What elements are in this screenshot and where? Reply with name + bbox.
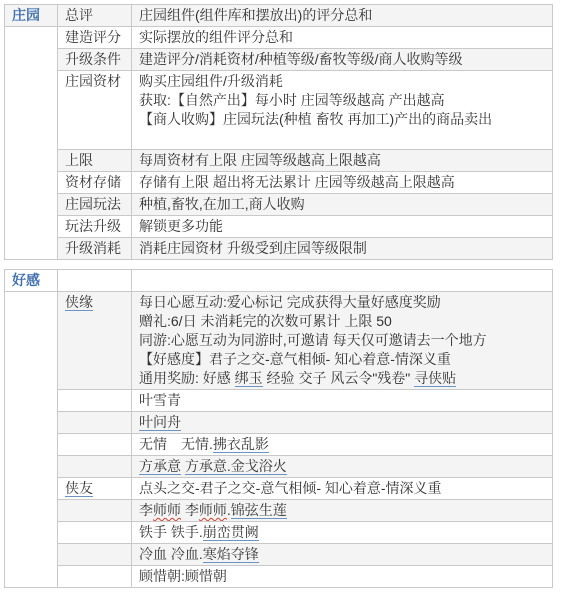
row-content: 叶雪青 [132, 390, 553, 412]
content-line: 顾惜朝:顾惜朝 [139, 567, 545, 586]
content-line: 解锁更多功能 [139, 217, 545, 236]
row-content: 方承意 方承意.金戈浴火 [132, 456, 553, 478]
table-row: 侠缘每日心愿互动:爱心标记 完成获得大量好感度奖励赠礼:6/日 未消耗完的次数可… [5, 292, 553, 390]
row-label: 建造评分 [58, 27, 132, 49]
text: 师师 [153, 502, 181, 518]
table-row: 升级条件建造评分/消耗资材/种植等级/畜牧等级/商人收购等级 [5, 49, 553, 71]
content-line: 叶雪青 [139, 391, 545, 410]
text: 经验 交子 风云令"残卷" [263, 370, 415, 386]
row-label: 庄园玩法 [58, 194, 132, 216]
text: 存储有上限 超出将无法累计 庄园等级越高上限越高 [139, 174, 455, 190]
content-line: 同游:心愿互动为同游时,可邀请 每天仅可邀请去一个地方 [139, 331, 545, 350]
content-line: 庄园组件(组件库和摆放出)的评分总和 [139, 6, 545, 25]
content-line: 种植,畜牧,在加工,商人收购 [139, 195, 545, 214]
row-label [58, 456, 132, 478]
text: 升级条件 [65, 51, 121, 67]
row-content: 李师师 李师师.锦弦生莲 [132, 500, 553, 522]
content-line: 每日心愿互动:爱心标记 完成获得大量好感度奖励 [139, 293, 545, 312]
row-label [58, 270, 132, 292]
page: 庄园总评庄园组件(组件库和摆放出)的评分总和 建造评分实际摆放的组件评分总和升级… [0, 0, 565, 592]
content-line: 实际摆放的组件评分总和 [139, 28, 545, 47]
text: 赠礼:6/日 未消耗完的次数可累计 上限 50 [139, 313, 392, 329]
table-row: 叶雪青 [5, 390, 553, 412]
row-label [58, 566, 132, 588]
content-line: 获取:【自然产出】每小时 庄园等级越高 产出越高 [139, 91, 545, 110]
row-content: 叶问舟 [132, 412, 553, 434]
row-content: 点头之交-君子之交-意气相倾- 知心着意-情深义重 [132, 478, 553, 500]
content-line: 通用奖励: 好感 绑玉 经验 交子 风云令"残卷" 寻侠贴 [139, 369, 545, 388]
text: 实际摆放的组件评分总和 [139, 29, 293, 45]
manor-table-body: 庄园总评庄园组件(组件库和摆放出)的评分总和 建造评分实际摆放的组件评分总和升级… [5, 5, 553, 260]
row-label: 总评 [58, 5, 132, 27]
link[interactable]: 绑玉 [235, 370, 263, 387]
table-row: 顾惜朝:顾惜朝 [5, 566, 553, 588]
text: 玩法升级 [65, 218, 121, 234]
content-line: 点头之交-君子之交-意气相倾- 知心着意-情深义重 [139, 479, 545, 498]
text: 消耗庄园资材 升级受到庄园等级限制 [139, 240, 367, 256]
row-content: 庄园组件(组件库和摆放出)的评分总和 [132, 5, 553, 27]
favor-section-header: 好感 [5, 270, 58, 292]
row-content: 存储有上限 超出将无法累计 庄园等级越高上限越高 [132, 172, 553, 194]
row-content: 无情 无情.拂衣乱影 [132, 434, 553, 456]
table-row: 庄园玩法种植,畜牧,在加工,商人收购 [5, 194, 553, 216]
row-label [58, 522, 132, 544]
text: 叶雪青 [139, 392, 181, 408]
content-line: 消耗庄园资材 升级受到庄园等级限制 [139, 239, 545, 258]
row-content: 购买庄园组件/升级消耗获取:【自然产出】每小时 庄园等级越高 产出越高【商人收购… [132, 71, 553, 150]
text: 李 [181, 502, 199, 518]
text: 总评 [65, 7, 93, 23]
link[interactable]: 侠友 [65, 480, 93, 497]
link[interactable]: 方承意.金戈浴火 [185, 458, 287, 475]
link[interactable]: 夺锋 [231, 546, 259, 563]
manor-section-header: 庄园 [5, 5, 58, 27]
content-line: 无情 无情.拂衣乱影 [139, 435, 545, 454]
table-row: 庄园资材购买庄园组件/升级消耗获取:【自然产出】每小时 庄园等级越高 产出越高【… [5, 71, 553, 150]
row-content: 冷血 冷血.寒焰夺锋 [132, 544, 553, 566]
table-row: 无情 无情.拂衣乱影 [5, 434, 553, 456]
text: 每周资材有上限 庄园等级越高上限越高 [139, 152, 381, 168]
favor-header-span-cell [5, 292, 58, 588]
content-line: 赠礼:6/日 未消耗完的次数可累计 上限 50 [139, 312, 545, 331]
content-line: 存储有上限 超出将无法累计 庄园等级越高上限越高 [139, 173, 545, 192]
table-row: 侠友点头之交-君子之交-意气相倾- 知心着意-情深义重 [5, 478, 553, 500]
link[interactable]: 叶问舟 [139, 414, 181, 431]
link[interactable]: 拂 [213, 436, 227, 453]
content-line: 建造评分/消耗资材/种植等级/畜牧等级/商人收购等级 [139, 50, 545, 69]
favor-table: 好感 侠缘每日心愿互动:爱心标记 完成获得大量好感度奖励赠礼:6/日 未消耗完的… [4, 269, 553, 588]
content-line: 方承意 方承意.金戈浴火 [139, 457, 545, 476]
row-label [58, 544, 132, 566]
favor-table-body: 好感 侠缘每日心愿互动:爱心标记 完成获得大量好感度奖励赠礼:6/日 未消耗完的… [5, 270, 553, 588]
text: 庄园玩法 [65, 196, 121, 212]
text: 建造评分/消耗资材/种植等级/畜牧等级/商人收购等级 [139, 51, 463, 67]
text: 庄园资材 [65, 73, 121, 89]
content-line: 叶问舟 [139, 413, 545, 432]
link[interactable]: 贯阙 [231, 524, 259, 541]
text: 资材存储 [65, 174, 121, 190]
row-label: 侠友 [58, 478, 132, 500]
row-label: 玩法升级 [58, 216, 132, 238]
row-label [58, 500, 132, 522]
table-row: 玩法升级解锁更多功能 [5, 216, 553, 238]
text: 【商人收购】庄园玩法(种植 畜牧 再加工)产出的商品卖出 [139, 111, 492, 127]
text: 顾惜朝:顾惜朝 [139, 568, 227, 584]
text: 冷血 冷血. [139, 546, 203, 562]
content-line: 冷血 冷血.寒焰夺锋 [139, 545, 545, 564]
text: 升级消耗 [65, 240, 121, 256]
content-line: 李师师 李师师.锦弦生莲 [139, 501, 545, 520]
content-line: 铁手 铁手.崩峦贯阙 [139, 523, 545, 542]
row-content: 每日心愿互动:爱心标记 完成获得大量好感度奖励赠礼:6/日 未消耗完的次数可累计… [132, 292, 553, 390]
content-line: 【商人收购】庄园玩法(种植 畜牧 再加工)产出的商品卖出 [139, 110, 545, 129]
row-label: 资材存储 [58, 172, 132, 194]
row-label [58, 412, 132, 434]
link[interactable]: 寒 [203, 546, 217, 563]
link[interactable]: 寻侠贴 [414, 370, 456, 387]
table-row: 升级消耗消耗庄园资材 升级受到庄园等级限制 [5, 238, 553, 260]
table-row: 资材存储存储有上限 超出将无法累计 庄园等级越高上限越高 [5, 172, 553, 194]
row-content [132, 270, 553, 292]
row-label: 庄园资材 [58, 71, 132, 150]
content-line [139, 129, 545, 148]
table-row: 好感 [5, 270, 553, 292]
row-content: 每周资材有上限 庄园等级越高上限越高 [132, 150, 553, 172]
text: 上限 [65, 152, 93, 168]
table-row: 方承意 方承意.金戈浴火 [5, 456, 553, 478]
row-label: 侠缘 [58, 292, 132, 390]
row-content: 解锁更多功能 [132, 216, 553, 238]
text: 李 [139, 502, 153, 518]
link[interactable]: 焰 [217, 546, 231, 563]
text: 种植,畜牧,在加工,商人收购 [139, 196, 305, 212]
link[interactable]: 锦弦生莲 [231, 502, 287, 519]
row-content: 建造评分/消耗资材/种植等级/畜牧等级/商人收购等级 [132, 49, 553, 71]
row-content: 实际摆放的组件评分总和 [132, 27, 553, 49]
content-line: 每周资材有上限 庄园等级越高上限越高 [139, 151, 545, 170]
row-content: 铁手 铁手.崩峦贯阙 [132, 522, 553, 544]
table-row: 铁手 铁手.崩峦贯阙 [5, 522, 553, 544]
table-row: 李师师 李师师.锦弦生莲 [5, 500, 553, 522]
table-row: 叶问舟 [5, 412, 553, 434]
text: 每日心愿互动:爱心标记 完成获得大量好感度奖励 [139, 294, 441, 310]
row-label [58, 434, 132, 456]
table-row: 上限每周资材有上限 庄园等级越高上限越高 [5, 150, 553, 172]
row-content: 顾惜朝:顾惜朝 [132, 566, 553, 588]
content-line: 购买庄园组件/升级消耗 [139, 72, 545, 91]
text: 师师 [199, 502, 227, 518]
manor-table: 庄园总评庄园组件(组件库和摆放出)的评分总和 建造评分实际摆放的组件评分总和升级… [4, 4, 553, 260]
row-label: 上限 [58, 150, 132, 172]
table-row: 冷血 冷血.寒焰夺锋 [5, 544, 553, 566]
text: 同游:心愿互动为同游时,可邀请 每天仅可邀请去一个地方 [139, 332, 487, 348]
text: 获取:【自然产出】每小时 庄园等级越高 产出越高 [139, 92, 445, 108]
text: 庄园组件(组件库和摆放出)的评分总和 [139, 7, 372, 23]
row-label: 升级条件 [58, 49, 132, 71]
text: 解锁更多功能 [139, 218, 223, 234]
text: 铁手 铁手. [139, 524, 203, 540]
content-line [139, 271, 545, 290]
table-row: 庄园总评庄园组件(组件库和摆放出)的评分总和 [5, 5, 553, 27]
text: 购买庄园组件/升级消耗 [139, 73, 283, 89]
link[interactable]: 崩 [203, 524, 217, 541]
link[interactable]: 衣乱影 [227, 436, 269, 453]
row-label: 升级消耗 [58, 238, 132, 260]
text: 无情 无情. [139, 436, 213, 452]
text: 通用奖励: 好感 [139, 370, 235, 386]
row-content: 种植,畜牧,在加工,商人收购 [132, 194, 553, 216]
text: 点头之交-君子之交-意气相倾- 知心着意-情深义重 [139, 480, 442, 496]
link[interactable]: 侠缘 [65, 294, 93, 311]
table-row: 建造评分实际摆放的组件评分总和 [5, 27, 553, 49]
text: 【好感度】君子之交-意气相倾- 知心着意-情深义重 [139, 351, 451, 367]
link[interactable]: 方承意 [139, 458, 181, 475]
text: 建造评分 [65, 29, 121, 45]
row-label [58, 390, 132, 412]
manor-header-span-cell [5, 27, 58, 260]
row-content: 消耗庄园资材 升级受到庄园等级限制 [132, 238, 553, 260]
content-line: 【好感度】君子之交-意气相倾- 知心着意-情深义重 [139, 350, 545, 369]
link[interactable]: 峦 [217, 524, 231, 541]
